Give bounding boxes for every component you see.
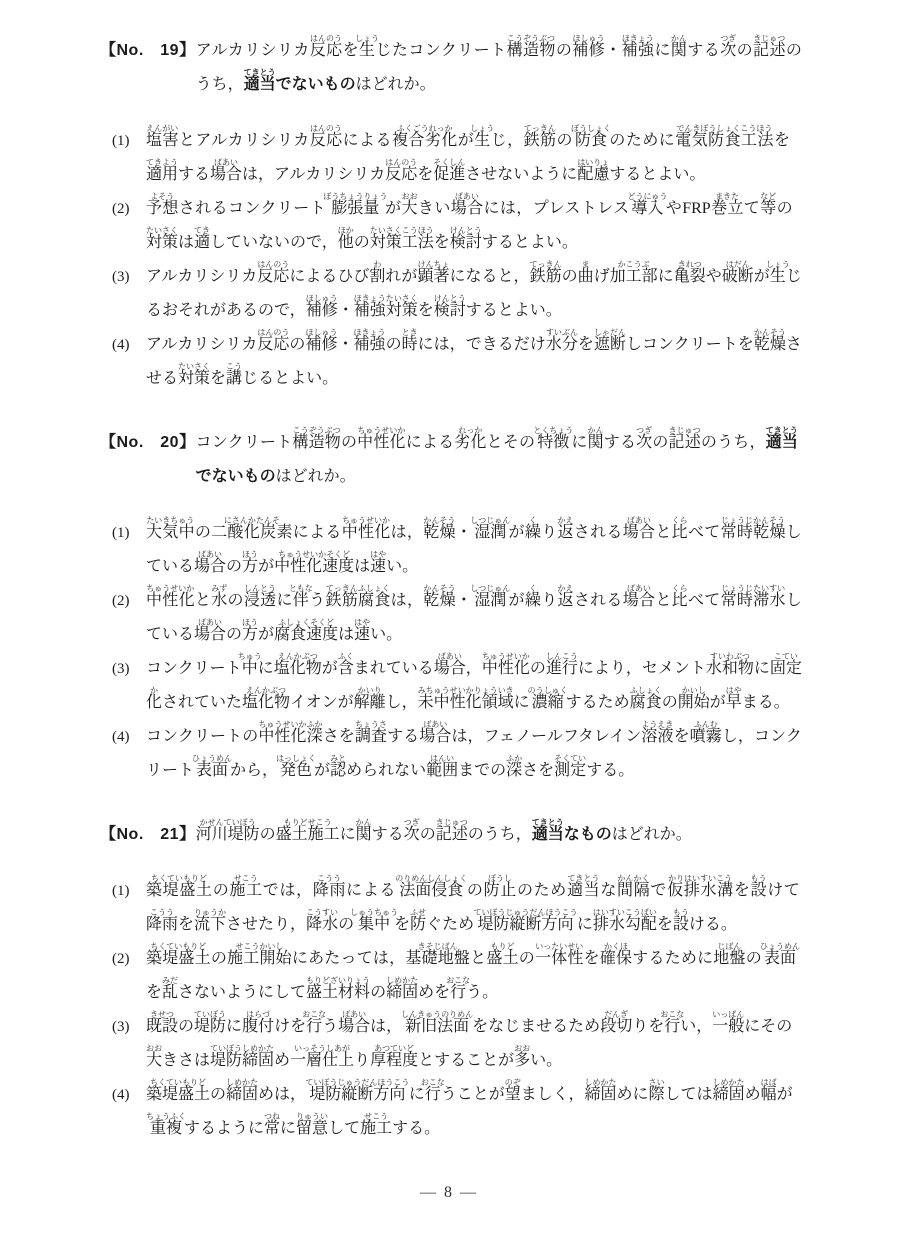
option-number: (4) xyxy=(112,328,146,362)
option-text: 築堤盛土ちくていもりどの締固しめかためは，堤防縦断方向ていぼうじゅうだんほうこう… xyxy=(146,1078,802,1146)
option-text: 大気中たいきちゅうの二酸化炭素にさんかたんそによる中性化ちゅうせいかは，乾燥かん… xyxy=(146,516,802,584)
option-number: (4) xyxy=(112,1078,146,1112)
question-block: 【No. 19】 アルカリシリカ反応はんのうを生しょうじたコンクリート構造物こう… xyxy=(100,34,802,396)
question-number: 【No. 20】 xyxy=(100,426,196,460)
answer-option: (1) 塩害えんがいとアルカリシリカ反応はんのうによる複合劣化ふくごうれっかが生… xyxy=(112,124,802,192)
option-text: コンクリートの中性化深ちゅうせいかふかさを調査ちょうさする場合ばあいは，フェノー… xyxy=(146,720,802,788)
option-number: (1) xyxy=(112,874,146,908)
question-header: 【No. 21】 河川堤防かせんていぼうの盛土施工もりどせこうに関かんする次つぎ… xyxy=(100,818,802,852)
answer-option: (3) アルカリシリカ反応はんのうによるひび割われが顕著けんちょになると，鉄筋て… xyxy=(112,260,802,328)
option-text: 中性化ちゅうせいかと水みずの浸透しんとうに伴ともなう鉄筋腐食てっきんふしょくは，… xyxy=(146,584,802,652)
option-number: (1) xyxy=(112,516,146,550)
question-items: (1) 築堤盛土ちくていもりどの施工せこうでは，降雨こううによる法面侵食のりめん… xyxy=(100,874,802,1146)
option-number: (2) xyxy=(112,942,146,976)
option-text: 塩害えんがいとアルカリシリカ反応はんのうによる複合劣化ふくごうれっかが生しょうじ… xyxy=(146,124,802,192)
option-text: 予想よそうされるコンクリート膨張量ぼうちょうりょうが大おおきい場合ばあいには，プ… xyxy=(146,192,802,260)
option-number: (1) xyxy=(112,124,146,158)
option-number: (4) xyxy=(112,720,146,754)
answer-option: (4) アルカリシリカ反応はんのうの補修ほしゅう・補強ほきょうの時ときには，でき… xyxy=(112,328,802,396)
answer-option: (1) 大気中たいきちゅうの二酸化炭素にさんかたんそによる中性化ちゅうせいかは，… xyxy=(112,516,802,584)
option-text: 築堤盛土ちくていもりどの施工開始せこうかいしにあたっては，基礎地盤きそじばんと盛… xyxy=(146,942,802,1010)
question-number: 【No. 21】 xyxy=(100,818,196,852)
question-stem: アルカリシリカ反応はんのうを生しょうじたコンクリート構造物こうぞうぶつの補修ほし… xyxy=(196,34,802,102)
answer-option: (3) コンクリート中ちゅうに塩化物えんかぶつが含ふくまれている場合ばあい，中性… xyxy=(112,652,802,720)
question-items: (1) 塩害えんがいとアルカリシリカ反応はんのうによる複合劣化ふくごうれっかが生… xyxy=(100,124,802,396)
option-text: 既設きせつの堤防ていぼうに腹付はらづけを行おこなう場合ばあいは，新旧法面しんきゅ… xyxy=(146,1010,802,1078)
option-text: 築堤盛土ちくていもりどの施工せこうでは，降雨こううによる法面侵食のりめんしんしょ… xyxy=(146,874,802,942)
question-block: 【No. 20】 コンクリート構造物こうぞうぶつの中性化ちゅうせいかによる劣化れ… xyxy=(100,426,802,788)
question-header: 【No. 19】 アルカリシリカ反応はんのうを生しょうじたコンクリート構造物こう… xyxy=(100,34,802,102)
answer-option: (3) 既設きせつの堤防ていぼうに腹付はらづけを行おこなう場合ばあいは，新旧法面… xyxy=(112,1010,802,1078)
answer-option: (4) 築堤盛土ちくていもりどの締固しめかためは，堤防縦断方向ていぼうじゅうだん… xyxy=(112,1078,802,1146)
option-number: (3) xyxy=(112,1010,146,1044)
question-items: (1) 大気中たいきちゅうの二酸化炭素にさんかたんそによる中性化ちゅうせいかは，… xyxy=(100,516,802,788)
question-number: 【No. 19】 xyxy=(100,34,196,68)
question-block: 【No. 21】 河川堤防かせんていぼうの盛土施工もりどせこうに関かんする次つぎ… xyxy=(100,818,802,1146)
question-stem: コンクリート構造物こうぞうぶつの中性化ちゅうせいかによる劣化れっかとその特徴とく… xyxy=(196,426,802,494)
answer-option: (2) 中性化ちゅうせいかと水みずの浸透しんとうに伴ともなう鉄筋腐食てっきんふし… xyxy=(112,584,802,652)
option-number: (3) xyxy=(112,260,146,294)
option-number: (2) xyxy=(112,584,146,618)
option-text: アルカリシリカ反応はんのうの補修ほしゅう・補強ほきょうの時ときには，できるだけ水… xyxy=(146,328,802,396)
option-number: (2) xyxy=(112,192,146,226)
answer-option: (2) 築堤盛土ちくていもりどの施工開始せこうかいしにあたっては，基礎地盤きそじ… xyxy=(112,942,802,1010)
answer-option: (4) コンクリートの中性化深ちゅうせいかふかさを調査ちょうさする場合ばあいは，… xyxy=(112,720,802,788)
answer-option: (1) 築堤盛土ちくていもりどの施工せこうでは，降雨こううによる法面侵食のりめん… xyxy=(112,874,802,942)
questions-container: 【No. 19】 アルカリシリカ反応はんのうを生しょうじたコンクリート構造物こう… xyxy=(100,34,802,1146)
option-number: (3) xyxy=(112,652,146,686)
question-header: 【No. 20】 コンクリート構造物こうぞうぶつの中性化ちゅうせいかによる劣化れ… xyxy=(100,426,802,494)
option-text: コンクリート中ちゅうに塩化物えんかぶつが含ふくまれている場合ばあい，中性化ちゅう… xyxy=(146,652,802,720)
answer-option: (2) 予想よそうされるコンクリート膨張量ぼうちょうりょうが大おおきい場合ばあい… xyxy=(112,192,802,260)
exam-page: 【No. 19】 アルカリシリカ反応はんのうを生しょうじたコンクリート構造物こう… xyxy=(0,0,898,1240)
option-text: アルカリシリカ反応はんのうによるひび割われが顕著けんちょになると，鉄筋てっきんの… xyxy=(146,260,802,328)
question-stem: 河川堤防かせんていぼうの盛土施工もりどせこうに関かんする次つぎの記述きじゅつのう… xyxy=(196,818,802,852)
page-number: — 8 — xyxy=(0,1184,898,1202)
